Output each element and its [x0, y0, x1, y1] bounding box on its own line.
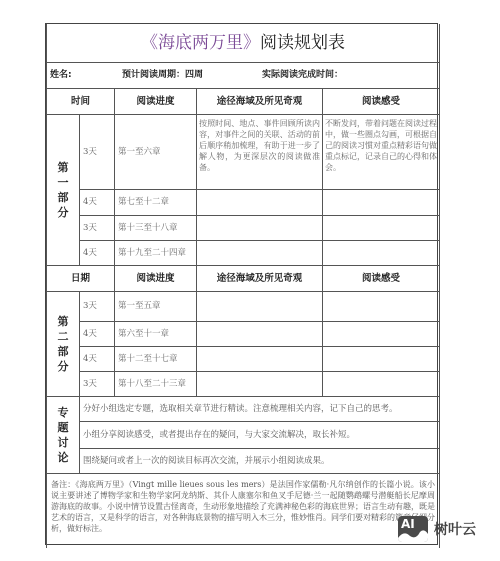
part2-header-row: 日期 阅读进度 途径海域及所见奇观 阅读感受	[47, 266, 440, 292]
title-row: 《海底两万里》阅读规划表	[47, 24, 440, 63]
sights-cell[interactable]	[197, 216, 323, 241]
sights-cell[interactable]	[197, 372, 323, 397]
part1-header-row: 时间 阅读进度 途径海域及所见奇观 阅读感受	[47, 89, 440, 115]
topic-row: 专 题 讨 论 分好小组选定专题，选取相关章节进行精读。注意梳理相关内容，记下自…	[47, 397, 440, 422]
table-row: 第 二 部 分 3天 第一至五章	[47, 292, 440, 322]
sights-cell[interactable]	[197, 347, 323, 372]
part1-label: 第 一 部 分	[47, 115, 80, 266]
header-progress: 阅读进度	[115, 89, 197, 115]
sights-cell[interactable]	[197, 292, 323, 322]
topic-label: 专 题 讨 论	[47, 397, 80, 474]
info-cell: 姓名:预计阅读周期：四周实际阅读完成时间：	[47, 63, 440, 89]
days-cell: 4天	[80, 322, 115, 347]
days-cell: 3天	[80, 372, 115, 397]
topic-item: 分好小组选定专题，选取相关章节进行精读。注意梳理相关内容，记下自己的思考。	[80, 397, 440, 422]
header-sights: 途径海域及所见奇观	[197, 266, 323, 292]
days-cell: 4天	[80, 347, 115, 372]
feeling-cell[interactable]	[323, 241, 440, 266]
days-cell: 3天	[80, 216, 115, 241]
watermark-brand: 树叶云	[434, 519, 476, 539]
feeling-cell[interactable]	[323, 292, 440, 322]
ai-logo-icon: AI	[398, 516, 428, 542]
feeling-cell[interactable]	[323, 216, 440, 241]
feeling-cell[interactable]	[323, 190, 440, 216]
header-sights: 途径海域及所见奇观	[197, 89, 323, 115]
days-cell: 4天	[80, 241, 115, 266]
topic-item: 围绕疑问或者上一次的阅读目标再次交流，并展示小组阅读成果。	[80, 449, 440, 474]
chapters-cell: 第七至十二章	[115, 190, 197, 216]
days-cell: 4天	[80, 190, 115, 216]
note-text: 备注：《海底两万里》（Vingt mille lieues sous les m…	[47, 474, 440, 549]
table-row: 4天 第十九至二十四章	[47, 241, 440, 266]
header-date: 日期	[47, 266, 115, 292]
chapters-cell: 第六至十一章	[115, 322, 197, 347]
reading-plan-table: 《海底两万里》阅读规划表 姓名:预计阅读周期：四周实际阅读完成时间： 时间 阅读…	[46, 24, 440, 548]
table-row: 第 一 部 分 3天 第一至六章 按照时间、地点、事件回顾所读内容，对事件之间的…	[47, 115, 440, 190]
chapters-cell: 第十二至十七章	[115, 347, 197, 372]
header-progress: 阅读进度	[115, 266, 197, 292]
page-title: 《海底两万里》阅读规划表	[47, 24, 440, 63]
chapters-cell: 第一至六章	[115, 115, 197, 190]
header-time: 时间	[47, 89, 115, 115]
feeling-cell[interactable]: 不断发问，带着问题在阅读过程中，做一些圈点勾画，可根据自己的阅读习惯对重点精彩语…	[323, 115, 440, 190]
feeling-cell[interactable]	[323, 372, 440, 397]
sights-cell[interactable]: 按照时间、地点、事件回顾所读内容，对事件之间的关联、活动的前后顺序稍加梳理，有助…	[197, 115, 323, 190]
info-row: 姓名:预计阅读周期：四周实际阅读完成时间：	[47, 63, 440, 89]
note-row: 备注：《海底两万里》（Vingt mille lieues sous les m…	[47, 474, 440, 549]
table-row: 4天 第十二至十七章	[47, 347, 440, 372]
days-cell: 3天	[80, 292, 115, 322]
header-feeling: 阅读感受	[323, 89, 440, 115]
days-cell: 3天	[80, 115, 115, 190]
chapters-cell: 第十九至二十四章	[115, 241, 197, 266]
watermark: AI 树叶云	[398, 516, 476, 542]
topic-item: 小组分享阅读感受，或者提出存在的疑问，与大家交流解决，取长补短。	[80, 422, 440, 449]
topic-row: 小组分享阅读感受，或者提出存在的疑问，与大家交流解决，取长补短。	[47, 422, 440, 449]
sights-cell[interactable]	[197, 190, 323, 216]
table-row: 4天 第六至十一章	[47, 322, 440, 347]
reading-plan-sheet: 《海底两万里》阅读规划表 姓名:预计阅读周期：四周实际阅读完成时间： 时间 阅读…	[45, 23, 438, 545]
feeling-cell[interactable]	[323, 322, 440, 347]
book-title: 《海底两万里》	[141, 33, 260, 53]
part2-label: 第 二 部 分	[47, 292, 80, 397]
actual-time-label: 实际阅读完成时间：	[262, 70, 343, 81]
sights-cell[interactable]	[197, 322, 323, 347]
title-suffix: 阅读规划表	[260, 33, 345, 53]
planned-cycle: 预计阅读周期：四周	[122, 70, 262, 81]
chapters-cell: 第十三至十八章	[115, 216, 197, 241]
topic-row: 围绕疑问或者上一次的阅读目标再次交流，并展示小组阅读成果。	[47, 449, 440, 474]
table-row: 3天 第十三至十八章	[47, 216, 440, 241]
sights-cell[interactable]	[197, 241, 323, 266]
header-feeling: 阅读感受	[323, 266, 440, 292]
table-row: 4天 第七至十二章	[47, 190, 440, 216]
feeling-cell[interactable]	[323, 347, 440, 372]
table-row: 3天 第十八至二十三章	[47, 372, 440, 397]
name-label: 姓名:	[50, 70, 122, 81]
chapters-cell: 第一至五章	[115, 292, 197, 322]
chapters-cell: 第十八至二十三章	[115, 372, 197, 397]
